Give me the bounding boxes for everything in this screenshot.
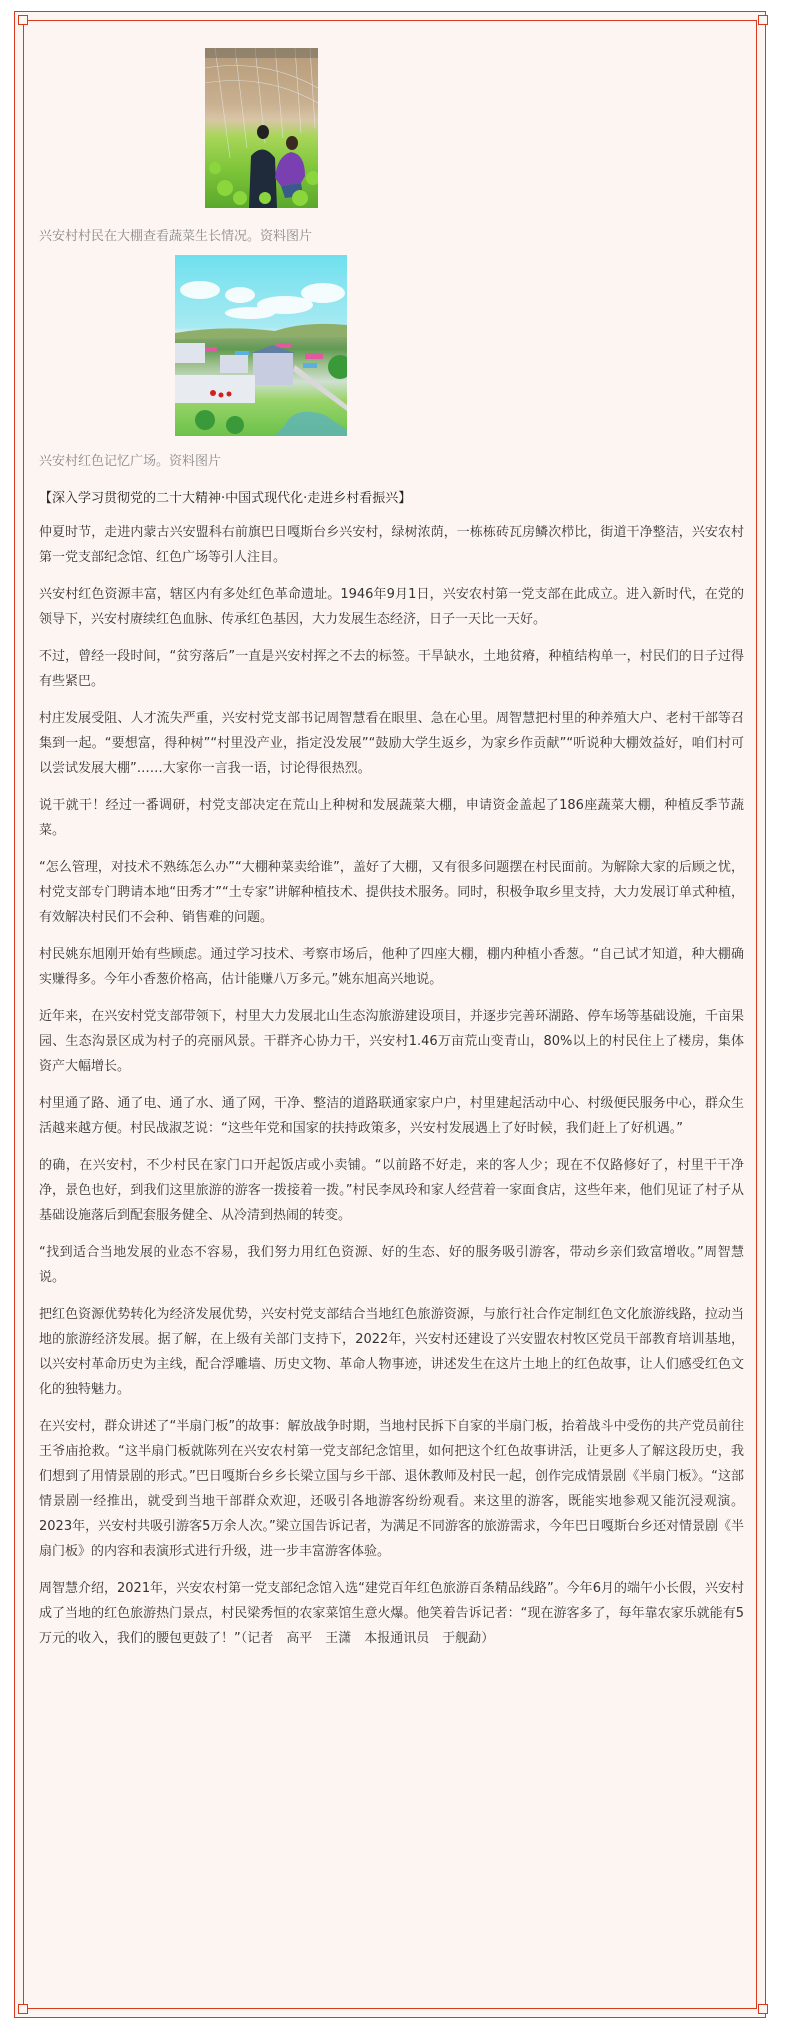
paragraph: 村里通了路、通了电、通了水、通了网，干净、整洁的道路联通家家户户，村里建起活动中… (39, 1091, 744, 1141)
article: 兴安村村民在大棚查看蔬菜生长情况。资料图片 (39, 48, 744, 1651)
paragraph: 不过，曾经一段时间，“贫穷落后”一直是兴安村挥之不去的标签。干旱缺水，土地贫瘠，… (39, 644, 744, 694)
paragraph: 在兴安村，群众讲述了“半扇门板”的故事：解放战争时期，当地村民拆下自家的半扇门板… (39, 1414, 744, 1564)
paragraph: 村民姚东旭刚开始有些顾虑。通过学习技术、考察市场后，他种了四座大棚，棚内种植小香… (39, 942, 744, 992)
figure-red-memory-square (39, 255, 744, 436)
red-memory-square-photo (175, 255, 347, 436)
paragraph: 兴安村红色资源丰富，辖区内有多处红色革命遗址。1946年9月1日，兴安农村第一党… (39, 582, 744, 632)
paragraph: 的确，在兴安村，不少村民在家门口开起饭店或小卖铺。“以前路不好走，来的客人少；现… (39, 1153, 744, 1228)
paragraph-byline: 周智慧介绍，2021年，兴安农村第一党支部纪念馆入选“建党百年红色旅游百条精品线… (39, 1576, 744, 1651)
paragraph: 村庄发展受阻、人才流失严重，兴安村党支部书记周智慧看在眼里、急在心里。周智慧把村… (39, 706, 744, 781)
corner-ornament-top-left (18, 15, 28, 25)
corner-ornament-bottom-right (758, 2004, 768, 2014)
figure-caption: 兴安村村民在大棚查看蔬菜生长情况。资料图片 (39, 228, 744, 246)
paragraph: “怎么管理，对技术不熟练怎么办”“大棚种菜卖给谁”，盖好了大棚，又有很多问题摆在… (39, 855, 744, 930)
article-body: 仲夏时节，走进内蒙古兴安盟科右前旗巴日嘎斯台乡兴安村，绿树浓荫，一栋栋砖瓦房鳞次… (39, 520, 744, 1651)
paragraph: “找到适合当地发展的业态不容易，我们努力用红色资源、好的生态、好的服务吸引游客，… (39, 1240, 744, 1290)
corner-ornament-top-right (758, 15, 768, 25)
greenhouse-photo (205, 48, 318, 208)
paragraph: 近年来，在兴安村党支部带领下，村里大力发展北山生态沟旅游建设项目，并逐步完善环湖… (39, 1004, 744, 1079)
paragraph: 把红色资源优势转化为经济发展优势，兴安村党支部结合当地红色旅游资源，与旅行社合作… (39, 1302, 744, 1402)
series-title: 【深入学习贯彻党的二十大精神·中国式现代化·走进乡村看振兴】 (39, 490, 744, 508)
paragraph: 说干就干！经过一番调研，村党支部决定在荒山上种树和发展蔬菜大棚，申请资金盖起了1… (39, 793, 744, 843)
corner-ornament-bottom-left (18, 2004, 28, 2014)
figure-greenhouse (39, 48, 744, 208)
figure-caption: 兴安村红色记忆广场。资料图片 (39, 453, 744, 471)
paragraph: 仲夏时节，走进内蒙古兴安盟科右前旗巴日嘎斯台乡兴安村，绿树浓荫，一栋栋砖瓦房鳞次… (39, 520, 744, 570)
